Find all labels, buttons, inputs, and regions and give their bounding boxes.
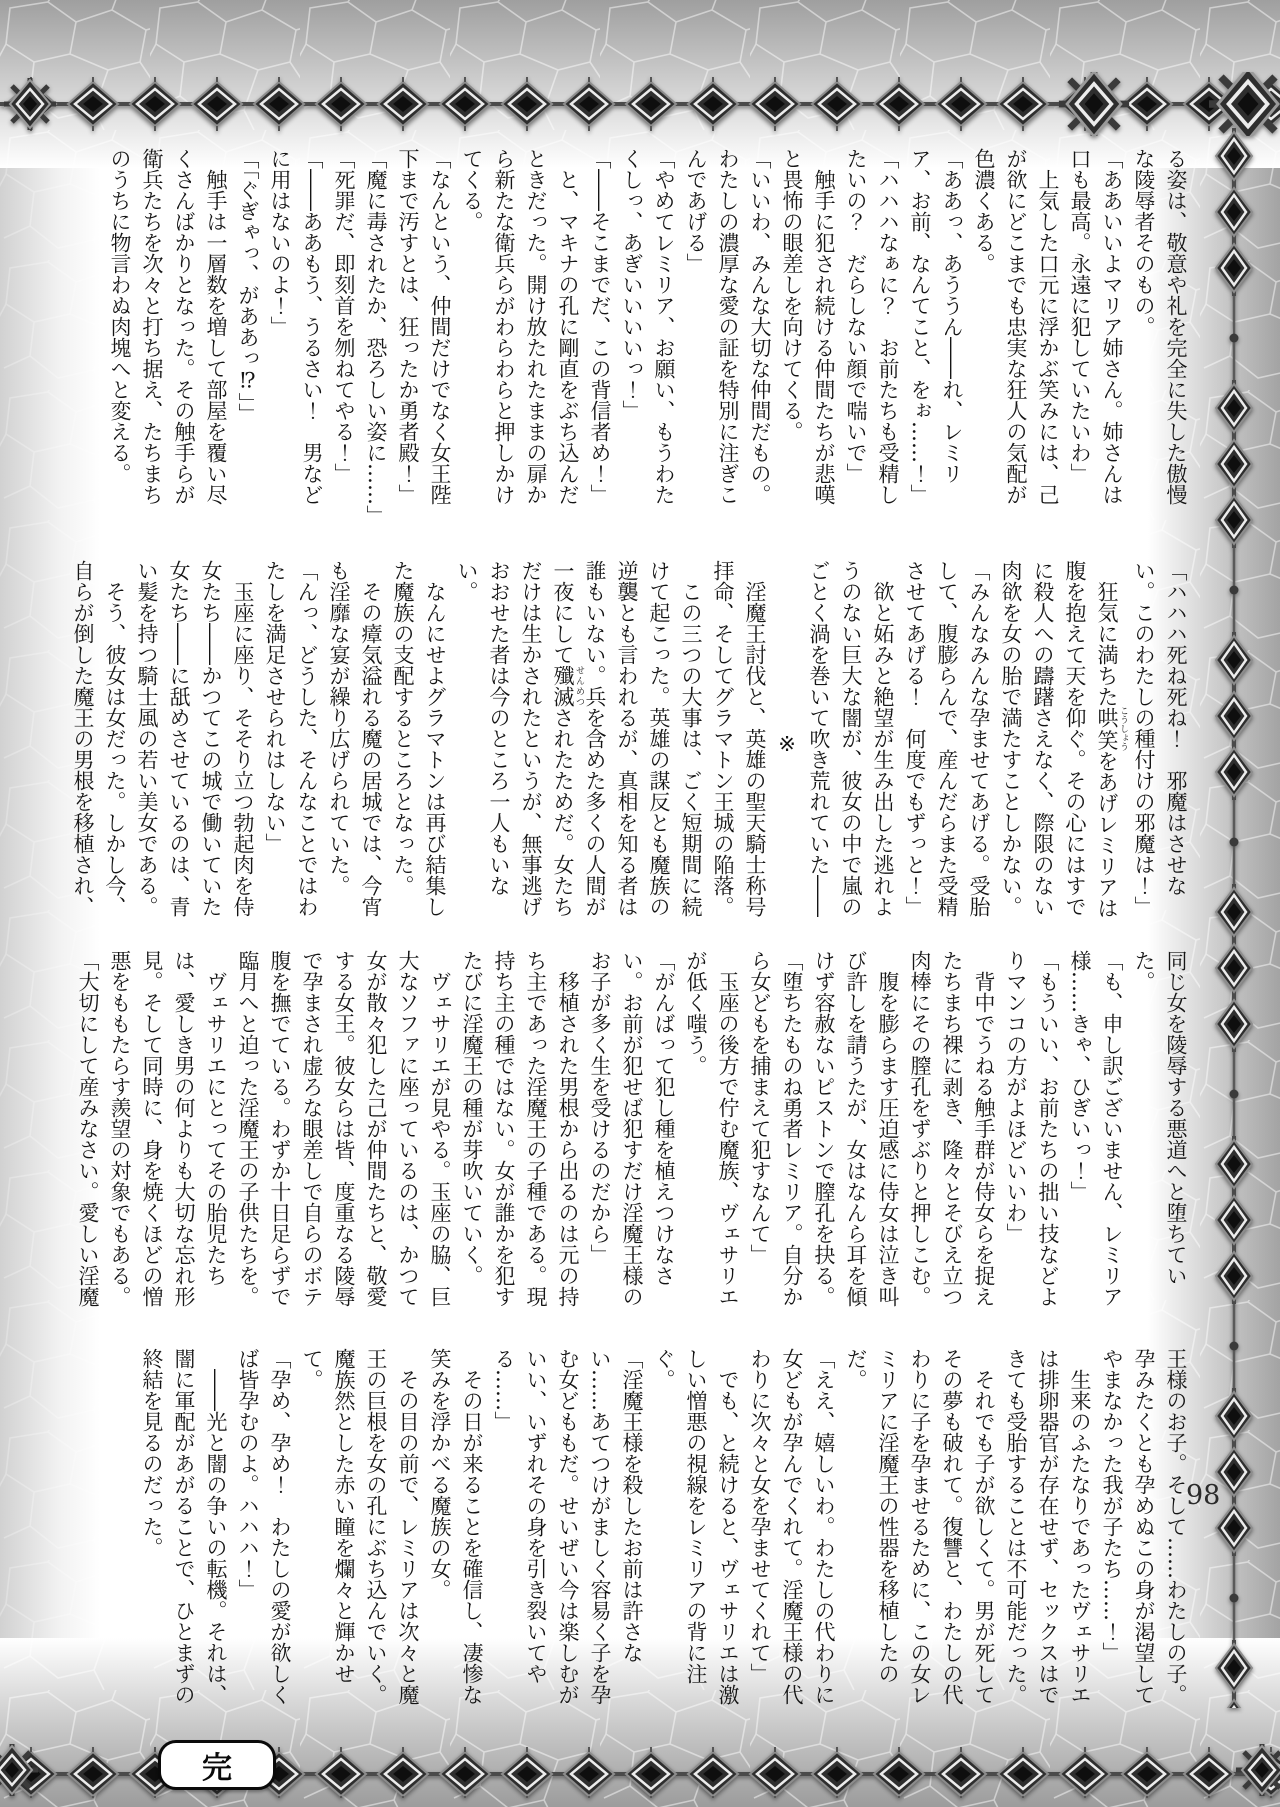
paragraph: 王様のお子。そして……わたしの子。孕みたくとも孕めぬこの身が渇望してやまなかった… <box>1096 1348 1192 1716</box>
paragraph: その瘴気溢れる魔の居城では、今宵も淫靡な宴が繰り広げられていた。 <box>323 560 387 928</box>
right-border-ornament <box>1208 128 1260 1708</box>
paragraph: 「んっ、どうした、そんなことではわたしを満足させられはしない」 <box>259 560 323 928</box>
paragraph: と、マキナの孔に剛直をぶち込んだときだった。開け放たれたままの扉から新たな衛兵ら… <box>456 148 584 516</box>
furigana: 哄笑こうしょう <box>1095 707 1119 751</box>
page-number: 98 <box>1186 1480 1220 1511</box>
paragraph: 上気した口元に浮かぶ笑みには、己が欲にどこまでも忠実な狂人の気配が色濃くある。 <box>968 148 1064 516</box>
paragraph: 「淫魔王様を殺したお前は許さない……あてつけがましく容易く子を孕む女どももだ。せ… <box>488 1348 648 1716</box>
paragraph: 「ああっ、あううん――れ、レミリア、お前、なんてこと、をぉ……！」 <box>904 148 968 516</box>
paragraph: 玉座の後方で佇む魔族、ヴェサリエが低く嗤う。 <box>680 950 744 1318</box>
paragraph: 「なんという、仲間だけでなく女王陛下まで汚すとは、狂ったか勇者殿！」 <box>392 148 456 516</box>
paragraph: なんにせよグラマトンは再び結集した魔族の支配するところとなった。 <box>387 560 451 928</box>
book-page: る姿は、敬意や礼を完全に失した傲慢な陵辱者そのもの。「ああいいよマリア姉さん。姉… <box>0 0 1280 1807</box>
paragraph: 「魔に毒されたか、恐ろしい姿に……」 <box>360 148 392 516</box>
text-band-4: 王様のお子。そして……わたしの子。孕みたくとも孕めぬこの身が渇望してやまなかった… <box>88 1348 1192 1716</box>
paragraph: 淫魔王討伐と、英雄の聖天騎士称号拝命、そしてグラマトン王城の陥落。 <box>707 560 771 928</box>
end-badge: 完 <box>158 1740 276 1790</box>
paragraph: ※ <box>771 560 803 928</box>
paragraph: 触手は一層数を増して部屋を覆い尽くさんばかりとなった。その触手らが衛兵たちを次々… <box>104 148 232 516</box>
paragraph: この三つの大事は、ごく短期間に続けて起こった。英雄の謀反とも魔族の逆襲とも言われ… <box>451 560 707 928</box>
paragraph: 「堕ちたものね勇者レミリア。自分から女どもを捕まえて犯すなんて」 <box>744 950 808 1318</box>
paragraph: 「ハハハ死ね死ね！ 邪魔はさせない。このわたしの種付けの邪魔は！」 <box>1128 560 1192 928</box>
paragraph: 玉座に座り、そそり立つ勃起肉を侍女たち――かつてこの城で働いていた女たち――に舐… <box>131 560 259 928</box>
text-band-2: 「ハハハ死ね死ね！ 邪魔はさせない。このわたしの種付けの邪魔は！」狂気に満ちた哄… <box>88 560 1192 928</box>
paragraph: 「――そこまでだ、この背信者め！」 <box>584 148 616 516</box>
paragraph: その日が来ることを確信し、凄惨な笑みを浮かべる魔族の女。 <box>424 1348 488 1716</box>
text-band-3: 同じ女を陵辱する悪道へと堕ちていた。「も、申し訳ございません、レミリア様……きゃ… <box>88 950 1192 1318</box>
paragraph: そう、彼女は女だった。しかし今、自らが倒した魔王の男根を移植され、 <box>67 560 131 928</box>
paragraph: 「孕め、孕め！ わたしの愛が欲しくば皆孕むのよ。ハハハ！」 <box>232 1348 296 1716</box>
paragraph: る姿は、敬意や礼を完全に失した傲慢な陵辱者そのもの。 <box>1128 148 1192 516</box>
paragraph: でも、と続けると、ヴェサリエは激しい憎悪の視線をレミリアの背に注ぐ。 <box>648 1348 744 1716</box>
paragraph: 「みんなみんな孕ませてあげる。受胎して、腹膨らんで、産んだらまた受精させてあげる… <box>899 560 995 928</box>
paragraph: 生来のふたなりであったヴェサリエは排卵器官が存在せず、セックスはできても受胎する… <box>1000 1348 1096 1716</box>
paragraph: 「もういい、お前たちの拙い技などよりマンコの方がよほどいいわ」 <box>1000 950 1064 1318</box>
paragraph: 「ハハハなぁに？ お前たちも受精したいの？ だらしない顔で喘いで」 <box>840 148 904 516</box>
paragraph: 腹を膨らます圧迫感に侍女は泣き叫び許しを請うたが、女はなんら耳を傾けず容赦ないピ… <box>808 950 904 1318</box>
paragraph: 「「ぐぎゃっ、がああっ⁉」」 <box>232 148 264 516</box>
paragraph: 「死罪だ、即刻首を刎ねてやる！」 <box>328 148 360 516</box>
paragraph: 「がんばって犯し種を植えつけなさい。お前が犯せば犯すだけ淫魔王様のお子が多く生を… <box>584 950 680 1318</box>
paragraph: 「も、申し訳ございません、レミリア様……きゃ、ひぎいっ！」 <box>1064 950 1128 1318</box>
paragraph: 「――ああもう、うるさい！ 男などに用はないのよ！」 <box>264 148 328 516</box>
paragraph: ヴェサリエにとってその胎児たちは、愛しき男の何よりも大切な忘れ形見。そして同時に… <box>104 950 232 1318</box>
paragraph: その目の前で、レミリアは次々と魔王の巨根を女の孔にぶち込んでいく。魔族然とした赤… <box>296 1348 424 1716</box>
paragraph: ヴェサリエが見やる。玉座の脇、巨大なソファに座っているのは、かつて女が散々犯した… <box>232 950 456 1318</box>
paragraph: 「やめてレミリア、お願い、もうわたくしっ、あぎいいいいっ！」 <box>616 148 680 516</box>
paragraph: 「ええ、嬉しいわ。わたしの代わりに女どもが孕んでくれて。淫魔王様の代わりに次々と… <box>744 1348 840 1716</box>
top-border-ornament <box>0 72 1280 136</box>
furigana: 殲滅せんめつ <box>551 665 575 707</box>
text-band-1: る姿は、敬意や礼を完全に失した傲慢な陵辱者そのもの。「ああいいよマリア姉さん。姉… <box>88 148 1192 516</box>
paragraph: 同じ女を陵辱する悪道へと堕ちていた。 <box>1128 950 1192 1318</box>
paragraph: ――光と闇の争いの転機。それは、闇に軍配があがることで、ひとまずの終結を見るのだ… <box>136 1348 232 1716</box>
paragraph: 「いいわ、みんな大切な仲間だもの。わたしの濃厚な愛の証を特別に注ぎこんであげる」 <box>680 148 776 516</box>
paragraph: 狂気に満ちた哄笑こうしょうをあげレミリアは腹を抱えて天を仰ぐ。その心にはすでに殺… <box>995 560 1128 928</box>
paragraph: 「大切にして産みなさい。愛しい淫魔 <box>72 950 104 1318</box>
paragraph: 移植された男根から出るのは元の持ち主であった淫魔王の子種である。現持ち主の種では… <box>456 950 584 1318</box>
paragraph: 触手に犯され続ける仲間たちが悲嘆と畏怖の眼差しを向けてくる。 <box>776 148 840 516</box>
paragraph: 「ああいいよマリア姉さん。姉さんは口も最高。永遠に犯していたいわ」 <box>1064 148 1128 516</box>
paragraph: 欲と妬みと絶望が生み出した逃れようのない巨大な闇が、彼女の中で嵐のごとく渦を巻い… <box>803 560 899 928</box>
paragraph: 背中でうねる触手群が侍女らを捉えたちまち裸に剥き、隆々とそびえ立つ肉棒にその膣孔… <box>904 950 1000 1318</box>
end-mark-label: 完 <box>202 1743 232 1787</box>
paragraph: それでも子が欲しくて。男が死してその夢も破れて。復讐と、わたしの代わりに子を孕ま… <box>840 1348 1000 1716</box>
